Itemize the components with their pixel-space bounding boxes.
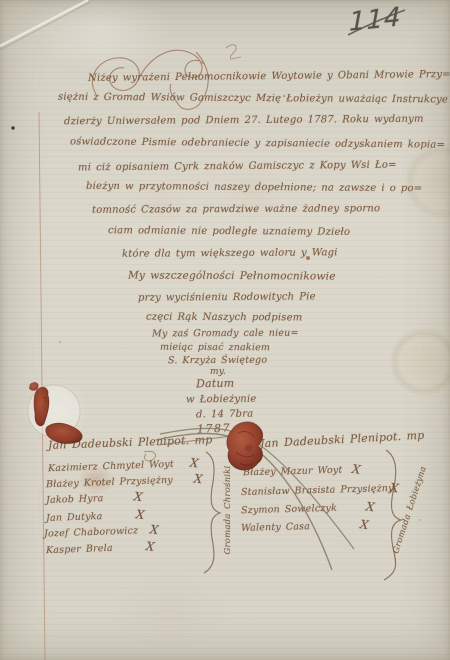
paper-speck bbox=[59, 341, 61, 343]
broken-wax-seal bbox=[28, 382, 82, 443]
signature-row: Jan Dutyka X bbox=[46, 511, 103, 524]
signatory-name: Stanisław Brasista Przysiężny bbox=[241, 483, 394, 498]
body-line: mi ciż opisaniem Cyrk znaków Gamisczyc z… bbox=[78, 160, 397, 174]
signature-x-mark: X bbox=[133, 489, 143, 504]
place-line: w Łobieżynie bbox=[186, 394, 257, 406]
body-line: my. bbox=[210, 367, 226, 377]
signature-x-mark: X bbox=[149, 522, 159, 537]
signature-row: Jakob Hyra X bbox=[46, 493, 104, 506]
signature-x-mark: X bbox=[193, 471, 203, 486]
paper-speck bbox=[419, 519, 421, 521]
body-line: ciam odmianie nie podległe uznaiemy Dzie… bbox=[108, 225, 350, 238]
signatory-name: Kazimierz Chmytel Woyt bbox=[48, 459, 174, 474]
signatory-name: Jakob Hyra bbox=[46, 493, 104, 506]
body-line: które dla tym większego waloru y Wagi bbox=[122, 247, 338, 260]
body-line: częci Rąk Naszych podpisem bbox=[146, 312, 302, 324]
body-line: mieiąc pisać znakiem bbox=[160, 342, 270, 354]
signature-row: Błażey Krotel Przysiężny X bbox=[46, 475, 173, 490]
right-community-label: Gromada Łobieżyna bbox=[386, 449, 434, 570]
page-number: 114 bbox=[349, 2, 401, 38]
body-line: My wszczególności Pełnomocnikowie bbox=[128, 269, 336, 282]
signatory-name: Błażey Krotel Przysiężny bbox=[46, 475, 173, 490]
paper-crease bbox=[0, 0, 88, 46]
signature-row: Walenty Casa X bbox=[241, 521, 310, 534]
manuscript-page: 114 Niżey wyrażeni Pełnomocnikowie Woyto… bbox=[0, 0, 450, 660]
paper-crease-shadow bbox=[0, 2, 90, 50]
signature-x-mark: X bbox=[389, 480, 400, 495]
quill-strokes bbox=[156, 428, 354, 570]
signature-row: Kasper Brela X bbox=[46, 543, 113, 556]
signature-row: Stanisław Brasista Przysiężny X bbox=[241, 483, 394, 498]
left-plenipotentiary-signature: Jan Dadeubski Plenipot. mp bbox=[48, 433, 213, 452]
signature-x-mark: X bbox=[135, 507, 145, 522]
signature-x-mark: X bbox=[365, 499, 376, 514]
signatory-name: Walenty Casa bbox=[241, 521, 310, 534]
right-plenipotentiary-signature: Jan Dadeubski Plenipot. mp bbox=[260, 429, 425, 451]
signatory-name: Jan Dutyka bbox=[46, 511, 103, 524]
left-community-label: Gromada Chrośniki bbox=[223, 452, 233, 568]
body-line: bieżyn w przytomności naszey dopełnione;… bbox=[86, 181, 422, 194]
signatory-name: Błażey Mazur Woyt bbox=[243, 465, 343, 479]
body-line: dzierży Uniwersałem pod Dniem 27. Lutego… bbox=[64, 114, 424, 128]
signatory-name: Kasper Brela bbox=[46, 543, 113, 556]
ink-speck bbox=[11, 126, 14, 129]
signatory-name: Jozef Chaborowicz bbox=[44, 525, 139, 539]
body-line: My zaś Gromady cale nieu= bbox=[152, 328, 299, 340]
body-line: S. Krzyża Świętego bbox=[168, 355, 267, 367]
signature-row: Szymon Sowelczyk X bbox=[241, 503, 337, 517]
body-line: przy wyciśnieniu Rodowitych Pie bbox=[138, 291, 316, 303]
signature-x-mark: X bbox=[359, 517, 370, 532]
signature-row: Jozef Chaborowicz X bbox=[44, 525, 139, 539]
signature-x-mark: X bbox=[189, 456, 199, 471]
left-group-brace bbox=[204, 452, 220, 573]
datum-line: Datum bbox=[196, 377, 235, 391]
signatory-name: Szymon Sowelczyk bbox=[241, 503, 337, 517]
signature-row: Błażey Mazur Woyt X bbox=[243, 465, 343, 479]
signature-x-mark: X bbox=[145, 539, 155, 554]
body-line: Niżey wyrażeni Pełnomocnikowie Woytowie … bbox=[88, 69, 450, 84]
signature-x-mark: X bbox=[351, 462, 362, 477]
body-line: tomność Czasów za prawdziwe ważne żadney… bbox=[92, 203, 380, 216]
body-line: siężni z Gromad Wsiów Gamiszczyc Mzię Ło… bbox=[58, 92, 448, 106]
signature-row: Kazimierz Chmytel Woyt X bbox=[48, 459, 174, 474]
body-line: oświadczone Pismie odebraniecie y zapisa… bbox=[70, 136, 445, 150]
day-line: d. 14 7bra bbox=[196, 409, 254, 421]
margin-line bbox=[39, 112, 45, 660]
